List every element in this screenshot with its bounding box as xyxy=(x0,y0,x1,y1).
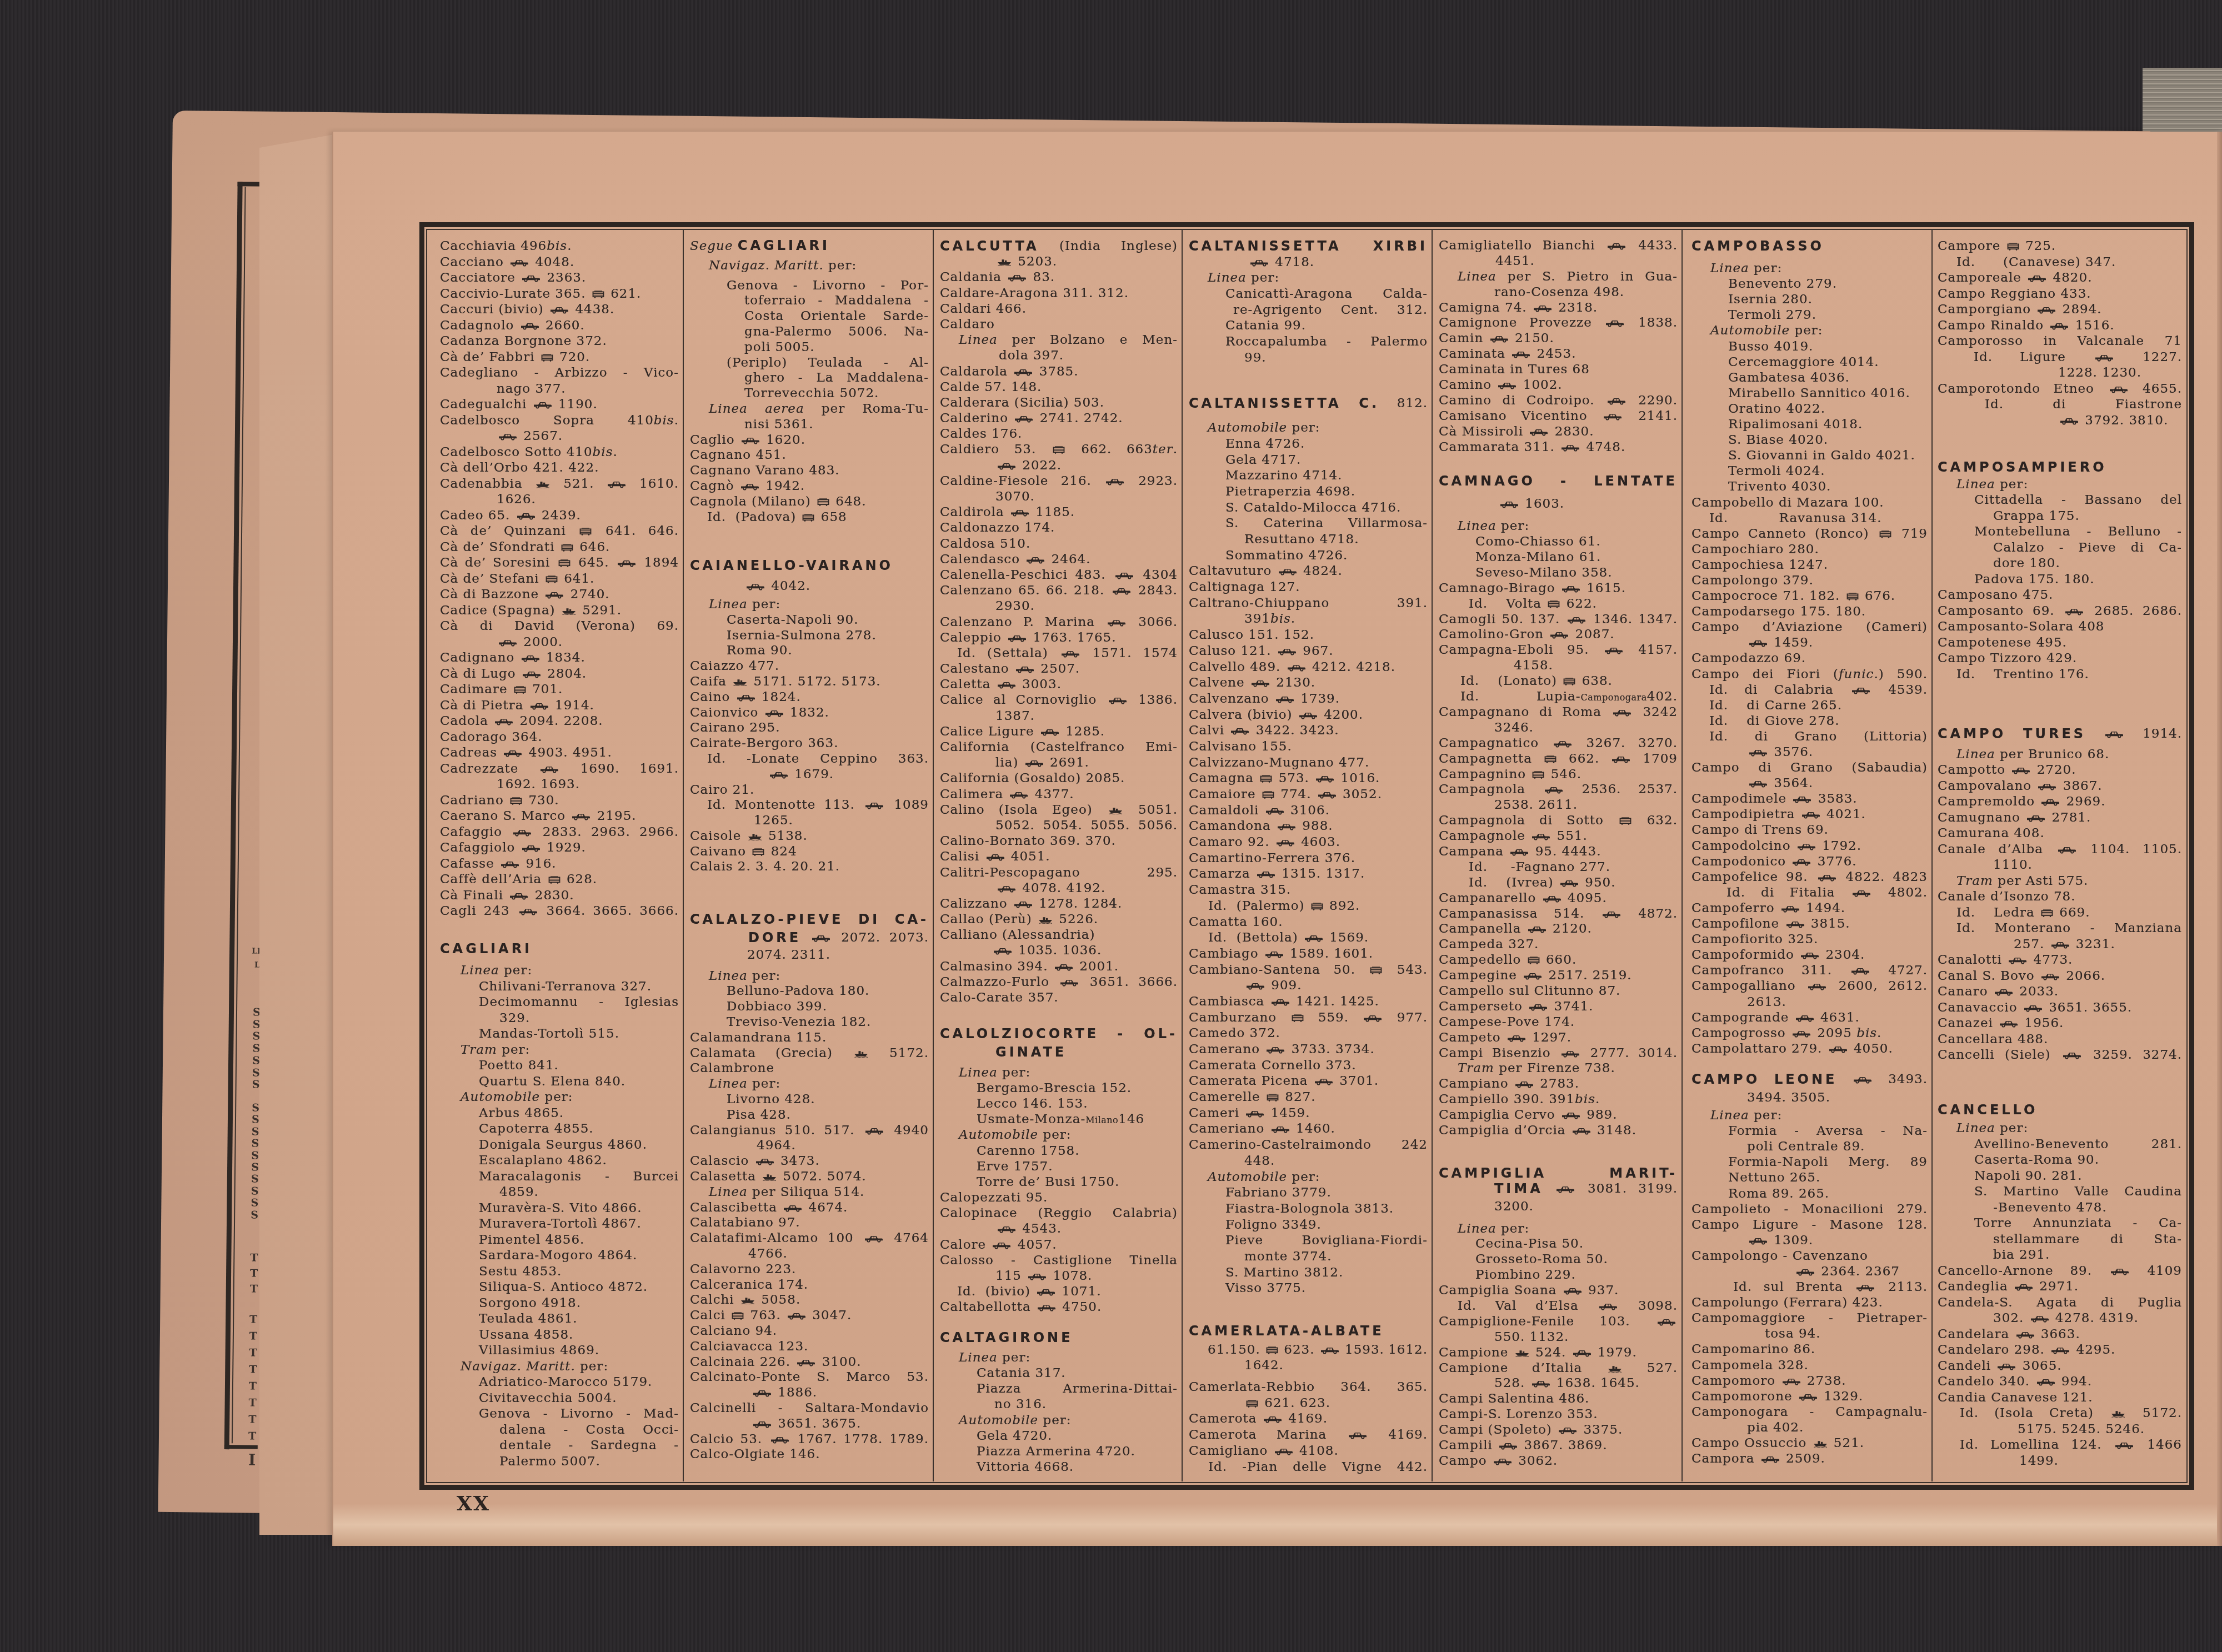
entry-text: 3246. xyxy=(1494,720,1534,735)
entry-text: Marina xyxy=(1045,615,1095,629)
entry-word: di xyxy=(1755,729,1768,744)
entry-word xyxy=(1319,1342,1341,1358)
entry-text: 1642. xyxy=(1244,1358,1284,1373)
index-heading-line: CAGLIARI xyxy=(440,941,679,957)
entry-text: 281. xyxy=(2151,1137,2182,1152)
entry-text: di xyxy=(1744,683,1758,697)
entry-text: Caleppio xyxy=(940,630,1006,645)
entry-text: 725. xyxy=(2021,239,2056,253)
automobile-icon xyxy=(1604,647,1623,654)
entry-text: Id. (Lonato) xyxy=(1460,674,1562,688)
underlying-page-border-bottom xyxy=(224,1445,258,1449)
entry-text: Campore xyxy=(1938,239,2005,253)
tram-icon xyxy=(1846,593,1859,600)
entry-word: Vigne xyxy=(1342,1459,1382,1475)
index-entry: Visso 3775. xyxy=(1225,1280,1428,1296)
entry-text: Campoformido xyxy=(1691,948,1799,962)
index-entry: 2364. 2367 xyxy=(1794,1264,1928,1279)
index-entry: Candelara 3663. xyxy=(1938,1326,2182,1343)
index-entry: Camaro 92. 4603. xyxy=(1189,834,1428,850)
entry-text: 113. xyxy=(824,798,855,812)
entry-text: 4377. xyxy=(1030,787,1074,802)
entry-text: Torrevecchia 5072. xyxy=(744,386,879,401)
automobile-icon xyxy=(545,591,564,599)
entry-text: 3785. xyxy=(1034,364,1078,379)
entry-word: Palermo xyxy=(1370,334,1428,350)
entry-text: Camino xyxy=(1439,378,1496,392)
entry-word: - xyxy=(1809,1404,1814,1420)
entry-word: Sta- xyxy=(2154,1232,2182,1248)
entry-word: CALOLZIOCORTE xyxy=(940,1026,1099,1042)
entry-word: 2537. xyxy=(1638,782,1678,798)
index-entry: 4718. xyxy=(1248,254,1428,271)
entry-text: Camposano 475. xyxy=(1938,588,2053,602)
ship-icon xyxy=(1038,917,1053,924)
entry-word: Soresini xyxy=(493,555,551,571)
index-entry: Campomoro 2738. xyxy=(1691,1373,1928,1389)
entry-text: Ligure xyxy=(2020,350,2066,364)
entry-word: Fiori xyxy=(1787,667,1821,682)
entry-text: per xyxy=(1012,333,1035,347)
entry-text: 1105. xyxy=(2143,842,2182,857)
index-entry: 1626. xyxy=(497,492,679,508)
automobile-icon xyxy=(787,1312,806,1320)
automobile-icon xyxy=(513,829,532,837)
entry-text: 4603. xyxy=(1297,835,1340,849)
entry-word: Maddalena- xyxy=(847,371,929,386)
index-entry: Roma 89. 265. xyxy=(1728,1186,1928,1202)
entry-text: 2022. xyxy=(1018,458,1062,473)
automobile-icon xyxy=(865,1127,884,1135)
entry-text: Fiori xyxy=(1787,667,1821,682)
entry-text: Cà xyxy=(440,619,458,633)
index-entry: Adriatico-Marocco 5179. xyxy=(479,1374,679,1390)
entry-text: 2600, xyxy=(1839,979,1878,993)
index-entry: Campello sul Clitunno 87. xyxy=(1439,984,1678,999)
index-heading-line: CALOLZIOCORTE-OL- xyxy=(940,1026,1178,1042)
entry-text: Cadola xyxy=(440,714,493,728)
index-entry: Calmazzo-Furlo3651.3666. xyxy=(940,974,1178,990)
entry-text: Cadeo 65. xyxy=(440,508,515,523)
entry-text: - xyxy=(674,1438,679,1453)
index-entry: CampiBisenzio2777.3014. xyxy=(1439,1046,1678,1062)
entry-word: - xyxy=(1117,1026,1125,1042)
entry-text: Campogrosso xyxy=(1691,1026,1790,1040)
entry-word: 4304 xyxy=(1143,567,1178,583)
entry-text: Cancellara 488. xyxy=(1938,1032,2048,1047)
entry-text: 5072. 5074. xyxy=(778,1169,866,1184)
entry-word: di xyxy=(2053,397,2066,413)
entry-text: Camerelle xyxy=(1189,1090,1265,1104)
automobile-icon xyxy=(2051,941,2070,949)
entry-text: Campo di Trens 69. xyxy=(1691,823,1829,837)
entry-word: 1593. xyxy=(1345,1342,1384,1358)
entry-text: 2833. xyxy=(543,825,582,839)
index-entry: 1603. xyxy=(1498,497,1678,512)
entry-text: d’Italia xyxy=(1532,1361,1583,1375)
entry-word: Bovigliana-Fiordi- xyxy=(1302,1233,1428,1249)
entry-word: CAIANELLO-VAIRANO xyxy=(690,558,893,574)
entry-text: Campiello 390. 391 xyxy=(1439,1092,1575,1107)
index-entry: Calvene 2130. xyxy=(1189,675,1428,691)
entry-word: Campiglione-Fenile xyxy=(1439,1314,1574,1330)
index-entry: Caiazzo 477. xyxy=(690,659,929,674)
entry-text: per xyxy=(1508,269,1531,284)
automobile-icon xyxy=(1490,335,1509,343)
entry-text: 660. xyxy=(1542,953,1577,967)
entry-word: Sopra xyxy=(553,413,594,429)
entry-text: 4438. xyxy=(570,302,614,317)
entry-text: Gambatesa 4036. xyxy=(1728,371,1850,385)
entry-text: 1110. xyxy=(1993,858,2033,872)
service-label: ter xyxy=(1153,442,1173,457)
entry-text: Calabria xyxy=(1774,683,1834,697)
index-entry: Automobile per: xyxy=(1208,1169,1428,1185)
index-entry: Caldaro xyxy=(940,317,1178,332)
entry-text: 1459. xyxy=(1769,635,1813,650)
index-entry: Id.Monterano-Manziana xyxy=(1956,920,2182,937)
index-entry: Donigala Seurgus 4860. xyxy=(479,1137,679,1153)
index-entry: Campi Salentina 486. xyxy=(1439,1391,1678,1407)
entry-word: Calalzo xyxy=(1993,540,2045,556)
entry-word: 89 xyxy=(1910,1154,1928,1170)
entry-text: per: xyxy=(1749,1108,1782,1123)
entry-text: Campolongo - Cavenzano xyxy=(1691,1249,1868,1263)
entry-word: - xyxy=(798,371,803,386)
entry-text: per: xyxy=(1287,420,1320,435)
entry-text: Livorno 428. xyxy=(727,1092,815,1107)
entry-text: Candeli xyxy=(1938,1359,1995,1373)
tram-icon xyxy=(592,291,604,298)
entry-text: Cafasse xyxy=(440,857,499,871)
entry-text: Cittadella xyxy=(1974,493,2043,507)
entry-text: 3741. xyxy=(1549,999,1593,1014)
entry-word: Campomaggiore xyxy=(1691,1310,1805,1326)
station-heading: CAGLIARI xyxy=(440,941,532,957)
index-entry: Campo 3062. xyxy=(1439,1454,1678,1469)
index-heading-line: CAIANELLO-VAIRANO xyxy=(690,558,929,574)
entry-text: 1228. 1230. xyxy=(2058,366,2141,380)
automobile-icon xyxy=(997,462,1016,470)
entry-text: 1346. xyxy=(1593,612,1633,627)
automobile-icon xyxy=(1796,1268,1815,1276)
entry-text: Campodimele xyxy=(1691,792,1791,806)
index-entry: Piazza Armerina 4720. xyxy=(977,1444,1178,1459)
entry-text: Id. xyxy=(707,752,726,766)
service-label: Automobile xyxy=(1710,323,1790,338)
entry-word: - xyxy=(563,1422,568,1438)
entry-word xyxy=(511,824,533,840)
automobile-icon xyxy=(1523,972,1542,980)
index-entry: re-AgrigentoCent.312. xyxy=(1233,302,1428,318)
entry-text: Provezze xyxy=(1529,316,1592,330)
entry-text: Cadimare xyxy=(440,682,512,697)
automobile-icon xyxy=(1532,1380,1550,1388)
entry-word: 3270. xyxy=(1638,736,1678,752)
automobile-icon xyxy=(1246,982,1265,990)
index-entry: 2074. 2311. xyxy=(747,948,929,963)
entry-text: Camerlata-Rebbio xyxy=(1189,1380,1315,1394)
entry-text: 1789. xyxy=(889,1432,929,1446)
index-entry: Calangianus510.517.4940 xyxy=(690,1123,929,1139)
entry-text: 65. xyxy=(1018,583,1040,598)
entry-word: 5056. xyxy=(1138,818,1178,833)
ship-icon xyxy=(1813,1440,1828,1448)
entry-word: dei xyxy=(1753,667,1774,682)
entry-word: - xyxy=(2087,524,2092,540)
index-column-1: Cacchiavia 496bis.Cacciano 4048.Cacciato… xyxy=(440,238,679,1469)
automobile-icon xyxy=(1054,963,1073,971)
index-entry: Campagnole 551. xyxy=(1439,829,1678,844)
entry-text: 66. xyxy=(1046,583,1068,598)
entry-word: 1227. xyxy=(2143,349,2182,366)
index-entry: monte 3774. xyxy=(1244,1249,1428,1265)
index-entry: 1499. xyxy=(2019,1453,2182,1469)
index-entry: lia) 2691. xyxy=(995,755,1178,770)
entry-word: Id. xyxy=(707,798,726,813)
station-heading: CAMPO xyxy=(1691,1072,1760,1087)
index-entry: Calvenzano 1739. xyxy=(1189,691,1428,707)
index-heading-line: CALTANISSETTAC.812. xyxy=(1189,396,1428,412)
automobile-icon xyxy=(740,483,759,490)
index-entry: Caerano S. Marco 2195. xyxy=(440,808,679,824)
entry-word: 1089 xyxy=(894,798,929,813)
entry-text: Camerata Picena xyxy=(1189,1074,1313,1088)
ship-icon xyxy=(854,1050,868,1058)
index-entry: Calo-Carate 357. xyxy=(940,990,1178,1005)
entry-word: di xyxy=(1744,682,1758,698)
entry-word xyxy=(605,476,628,492)
ship-icon xyxy=(997,259,1012,266)
entry-text: Maracalagonis xyxy=(479,1169,582,1184)
entry-word: 4764 xyxy=(894,1231,929,1246)
entry-text: 3267. xyxy=(1587,736,1626,750)
entry-word xyxy=(863,798,885,813)
entry-text: Martino xyxy=(2003,1184,2059,1199)
index-entry: Cameri 1459. xyxy=(1189,1105,1428,1122)
index-entry: Candelo 340. 994. xyxy=(1938,1374,2182,1390)
automobile-icon xyxy=(2109,386,2128,393)
index-column-2: Segue CAGLIARINavigaz. Maritt. per:Genov… xyxy=(690,238,929,1463)
automobile-icon xyxy=(498,433,517,440)
entry-text: 295. xyxy=(1147,865,1178,880)
index-entry: Automobile per: xyxy=(1710,323,1928,338)
automobile-icon xyxy=(1529,428,1548,436)
entry-text: 365. xyxy=(1397,1380,1428,1394)
entry-text: 50. xyxy=(1333,963,1355,977)
column-divider xyxy=(683,229,684,1481)
entry-word: Puglia xyxy=(2138,1295,2182,1311)
index-entry: Cagnò 1942. xyxy=(690,479,929,494)
entry-word xyxy=(1605,393,1628,409)
index-entry: Sardara-Mogoro 4864. xyxy=(479,1248,679,1264)
entry-text: 69. xyxy=(2033,604,2055,618)
index-entry: Calvi 3422. 3423. xyxy=(1189,723,1428,739)
entry-text: Catania 317. xyxy=(977,1366,1066,1380)
entry-text: Ca- xyxy=(2159,1216,2182,1230)
entry-text: Tinella xyxy=(1129,1253,1178,1268)
entry-word xyxy=(1854,1279,1876,1295)
index-entry: Roma 90. xyxy=(727,643,929,659)
station-heading: CALCUTTA xyxy=(940,238,1039,254)
entry-text: Puglia xyxy=(2138,1295,2182,1310)
entry-text: Sta- xyxy=(2154,1232,2182,1246)
automobile-icon xyxy=(533,401,552,409)
index-entry: Pisa 428. xyxy=(727,1108,929,1123)
automobile-icon xyxy=(1558,1426,1577,1434)
tram-icon xyxy=(1246,1400,1258,1408)
entry-text: Civitavecchia 5004. xyxy=(479,1391,617,1405)
entry-text: Id. Trentino 176. xyxy=(1956,667,2089,682)
entry-word: Linea xyxy=(1458,269,1497,285)
entry-word: - xyxy=(1560,474,1569,489)
entry-word: Maddalena xyxy=(835,293,912,309)
index-entry: Cagli2433664.3665.3666. xyxy=(440,903,679,919)
service-label: Linea xyxy=(1710,1108,1749,1123)
entry-text: Fiastrone xyxy=(2115,397,2182,412)
entry-text: Benevento 279. xyxy=(1728,277,1837,291)
entry-word: Monterano xyxy=(1995,920,2071,937)
service-label: Tram xyxy=(1956,874,1993,888)
entry-word: LEONE xyxy=(1774,1072,1838,1087)
tram-icon xyxy=(1528,957,1540,964)
entry-text: 4964. xyxy=(757,1138,796,1153)
entry-word: Maracalagonis xyxy=(479,1169,582,1185)
index-entry: Campedello 660. xyxy=(1439,953,1678,968)
index-entry: Campogrande 4631. xyxy=(1691,1010,1928,1025)
entry-text: Campo xyxy=(1691,1218,1740,1232)
entry-word: Calcinato-Ponte xyxy=(690,1370,800,1385)
entry-word xyxy=(1816,869,1838,885)
entry-text: 3666. xyxy=(639,904,679,918)
index-entry: Campagna-Eboli95.4157. xyxy=(1439,643,1678,658)
entry-text: 524. xyxy=(1531,1345,1571,1360)
entry-text: 1603. xyxy=(1520,497,1564,511)
entry-text: 1078. xyxy=(1048,1269,1092,1283)
index-entry: Camerata Cornello 373. xyxy=(1189,1058,1428,1074)
entry-text: 2363. xyxy=(542,271,586,285)
index-entry: Camigliano 4108. xyxy=(1189,1443,1428,1459)
index-entry: Calino-Bornato 369. 370. xyxy=(940,833,1178,849)
entry-text: 3422. 3423. xyxy=(1251,723,1339,738)
index-entry: Camatta 160. xyxy=(1189,914,1428,930)
tram-icon xyxy=(1260,775,1272,783)
index-entry: Caionvico 1832. xyxy=(690,705,929,721)
entry-text: Calestano xyxy=(940,662,1014,676)
entry-text: Calavorno 223. xyxy=(690,1262,796,1276)
entry-text: Id. xyxy=(1733,1280,1752,1294)
entry-text: Camastra 315. xyxy=(1189,883,1291,897)
service-label: bis xyxy=(1575,1092,1595,1107)
entry-text: Calatabiano 97. xyxy=(690,1215,800,1230)
entry-text: Soresini xyxy=(493,555,551,570)
entry-word: Egeo) xyxy=(1052,802,1093,818)
entry-text: 1329. xyxy=(1819,1389,1863,1404)
entry-word xyxy=(863,1123,885,1139)
automobile-icon xyxy=(1251,679,1270,687)
tram-icon xyxy=(1267,1094,1279,1102)
entry-text: 53. xyxy=(907,1370,929,1384)
index-entry: Campodonico 3776. xyxy=(1691,854,1928,869)
index-entry: Cafasse 916. xyxy=(440,856,679,872)
service-label: bis xyxy=(547,239,567,253)
index-entry: Campiglia Cervo 989. xyxy=(1439,1108,1678,1123)
entry-text: 669. xyxy=(2055,905,2090,920)
entry-text: d’Alba xyxy=(1999,842,2043,857)
index-entry: Caltignaga 127. xyxy=(1189,579,1428,595)
entry-word: -Pian xyxy=(1242,1459,1278,1475)
entry-text: del xyxy=(2160,493,2182,507)
entry-text: 2781. xyxy=(2047,810,2091,825)
entry-text: (Cameri) xyxy=(1866,620,1928,634)
index-entry: 3200. xyxy=(1494,1199,1678,1215)
entry-text: 4820. xyxy=(2048,271,2092,285)
automobile-icon xyxy=(1363,1014,1382,1022)
entry-text: di xyxy=(1502,393,1515,408)
entry-text: Genova xyxy=(479,1406,531,1421)
index-entry: nisi 5361. xyxy=(744,417,929,433)
index-entry: Camerino-Castelraimondo242 xyxy=(1189,1137,1428,1153)
entry-word: - xyxy=(2061,492,2066,508)
automobile-icon xyxy=(1512,351,1530,358)
entry-word: - xyxy=(924,293,929,309)
entry-text: 1914. xyxy=(551,698,594,713)
automobile-icon xyxy=(1800,952,1819,959)
entry-word: Calcio xyxy=(690,1432,734,1448)
automobile-icon xyxy=(1250,259,1269,267)
automobile-icon xyxy=(1265,807,1284,815)
entry-text: Ripalimosani 4018. xyxy=(1728,417,1863,432)
index-entry: Cagnola (Milano) 648. xyxy=(690,494,929,510)
entry-word: Id. xyxy=(1458,1299,1477,1314)
entry-text: Fabriano 3779. xyxy=(1225,1185,1332,1200)
entry-word xyxy=(1264,1342,1280,1358)
entry-word: CAMPIGLIA xyxy=(1439,1166,1547,1182)
entry-word: 243 xyxy=(484,903,510,919)
index-entry: Sestu 4853. xyxy=(479,1264,679,1280)
entry-text: 1002. xyxy=(1518,378,1562,392)
entry-text: 641. xyxy=(559,572,595,586)
index-column-5: CamigliatelloBianchi4433.4451.LineaperS.… xyxy=(1439,238,1678,1469)
entry-text: 4539. xyxy=(1888,683,1928,697)
index-entry: Villasimius 4869. xyxy=(479,1343,679,1359)
entry-text: Calcinaia 226. xyxy=(690,1355,795,1369)
entry-text: - xyxy=(605,1169,610,1184)
entry-word: 5172. xyxy=(889,1046,929,1062)
entry-text: 4021. xyxy=(1822,807,1866,822)
entry-word: Calangianus xyxy=(690,1123,776,1139)
automobile-icon xyxy=(1782,1378,1801,1385)
entry-word: 662. xyxy=(1081,442,1112,457)
column-divider xyxy=(933,229,934,1481)
tram-icon xyxy=(817,498,829,506)
entry-word: Caudina xyxy=(2124,1184,2182,1200)
entry-text: lia) xyxy=(995,755,1023,770)
entry-text: 4169. xyxy=(1284,1411,1328,1426)
automobile-icon xyxy=(1561,1050,1580,1058)
entry-text: Caldirola xyxy=(940,505,1009,519)
entry-text: Cadignano xyxy=(440,650,519,665)
entry-text: Cadegualchi xyxy=(440,397,532,412)
entry-text: 5058. xyxy=(757,1293,800,1307)
index-entry: Calde 57. 148. xyxy=(940,379,1178,395)
index-entry: ghero-LaMaddalena- xyxy=(744,371,929,386)
entry-word: 2843. xyxy=(1138,583,1178,598)
automobile-icon xyxy=(510,259,529,267)
entry-text: Calliano (Alessandria) xyxy=(940,928,1095,942)
entry-text: 2033. xyxy=(2015,984,2059,999)
index-entry: Canaled’Alba1104.1105. xyxy=(1938,842,2182,858)
